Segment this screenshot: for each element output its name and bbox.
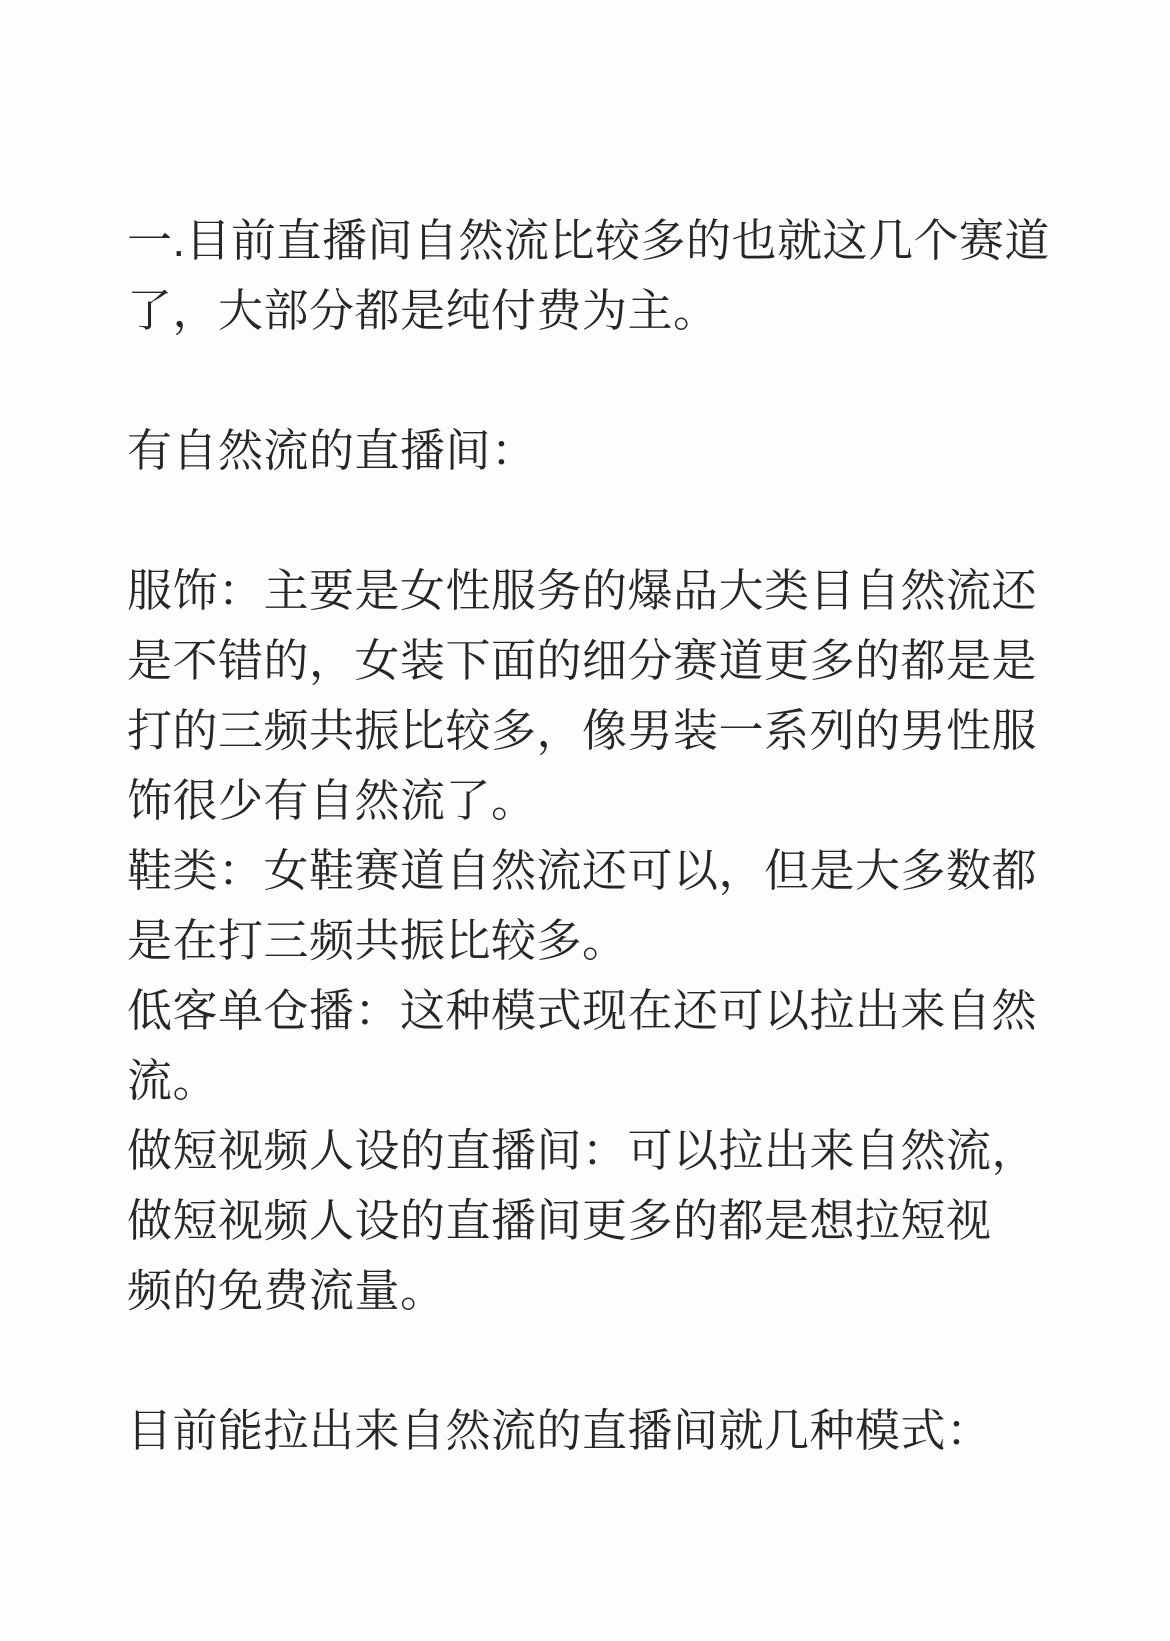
text-line: 服饰：主要是女性服务的爆品大类目自然流还 — [127, 556, 1050, 626]
text-line: 鞋类：女鞋赛道自然流还可以，但是大多数都 — [127, 836, 1050, 906]
blank-line — [127, 346, 1050, 416]
text-line: 做短视频人设的直播间：可以拉出来自然流， — [127, 1116, 1050, 1186]
text-line: 饰很少有自然流了。 — [127, 766, 1050, 836]
text-line: 流。 — [127, 1046, 1050, 1116]
blank-line — [127, 486, 1050, 556]
text-line: 目前能拉出来自然流的直播间就几种模式： — [127, 1396, 1050, 1466]
text-line: 是在打三频共振比较多。 — [127, 906, 1050, 976]
text-line: 打的三频共振比较多，像男装一系列的男性服 — [127, 696, 1050, 766]
text-line: 低客单仓播：这种模式现在还可以拉出来自然 — [127, 976, 1050, 1046]
text-line: 是不错的，女装下面的细分赛道更多的都是是 — [127, 626, 1050, 696]
text-line: 有自然流的直播间： — [127, 416, 1050, 486]
blank-line — [127, 1326, 1050, 1396]
text-line: 了，大部分都是纯付费为主。 — [127, 276, 1050, 346]
text-line: 一.目前直播间自然流比较多的也就这几个赛道 — [127, 206, 1050, 276]
text-line: 做短视频人设的直播间更多的都是想拉短视 — [127, 1186, 1050, 1256]
text-line: 频的免费流量。 — [127, 1256, 1050, 1326]
document-page: 一.目前直播间自然流比较多的也就这几个赛道 了，大部分都是纯付费为主。 有自然流… — [0, 0, 1170, 1641]
